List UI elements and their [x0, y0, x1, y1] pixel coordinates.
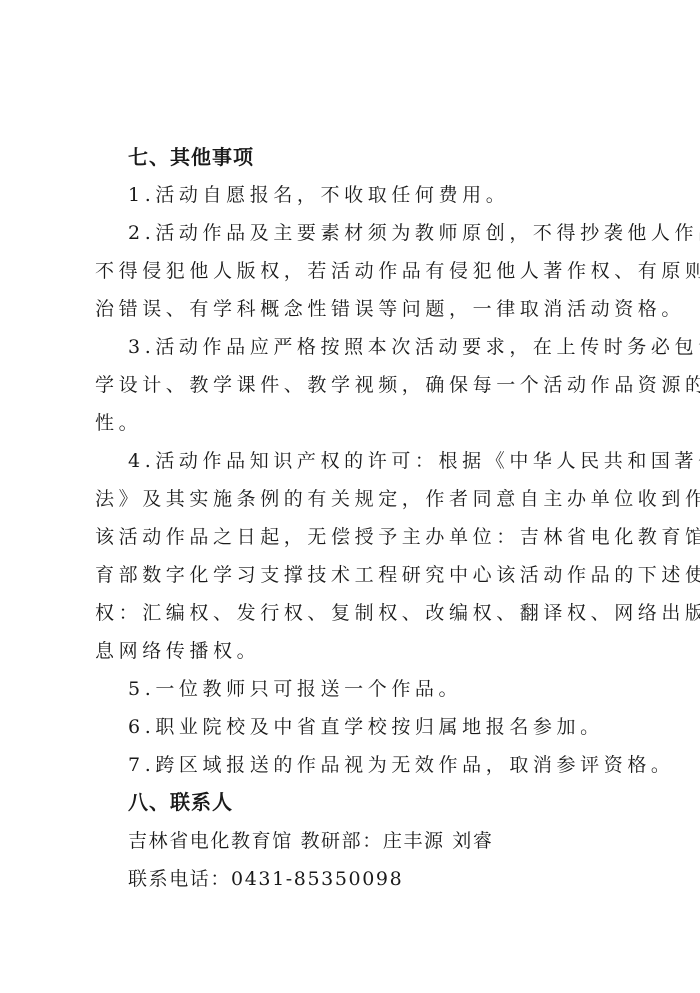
section-7-heading: 七、其他事项 [128, 145, 254, 169]
item-6-line-1: 6.职业院校及中省直学校按归属地报名参加。 [128, 715, 604, 739]
item-2-line-2: 不得侵犯他人版权，若活动作品有侵犯他人著作权、有原则性政 [95, 259, 700, 283]
section-8-heading: 八、联系人 [128, 790, 233, 814]
item-2-line-1: 2.活动作品及主要素材须为教师原创，不得抄袭他人作品， [128, 221, 700, 245]
contact-phone: 联系电话：0431-85350098 [128, 867, 403, 891]
item-4-line-6: 息网络传播权。 [95, 639, 260, 663]
item-4-line-1: 4.活动作品知识产权的许可：根据《中华人民共和国著作权 [128, 449, 700, 473]
item-3-line-1: 3.活动作品应严格按照本次活动要求，在上传时务必包含教 [128, 335, 700, 359]
contact-org: 吉林省电化教育馆 教研部：庄丰源 刘睿 [128, 829, 493, 853]
item-1-line-1: 1.活动自愿报名，不收取任何费用。 [128, 183, 509, 207]
item-4-line-3: 该活动作品之日起，无偿授予主办单位：吉林省电化教育馆和教 [95, 525, 700, 549]
item-4-line-5: 权：汇编权、发行权、复制权、改编权、翻译权、网络出版及信 [95, 601, 700, 625]
item-3-line-3: 性。 [95, 411, 142, 435]
item-3-line-2: 学设计、教学课件、教学视频，确保每一个活动作品资源的完整 [95, 373, 700, 397]
item-4-line-2: 法》及其实施条例的有关规定，作者同意自主办单位收到作者的 [95, 487, 700, 511]
item-5-line-1: 5.一位教师只可报送一个作品。 [128, 677, 462, 701]
item-7-line-1: 7.跨区域报送的作品视为无效作品，取消参评资格。 [128, 753, 675, 777]
item-4-line-4: 育部数字化学习支撑技术工程研究中心该活动作品的下述使用 [95, 563, 700, 587]
item-2-line-3: 治错误、有学科概念性错误等问题，一律取消活动资格。 [95, 297, 685, 321]
